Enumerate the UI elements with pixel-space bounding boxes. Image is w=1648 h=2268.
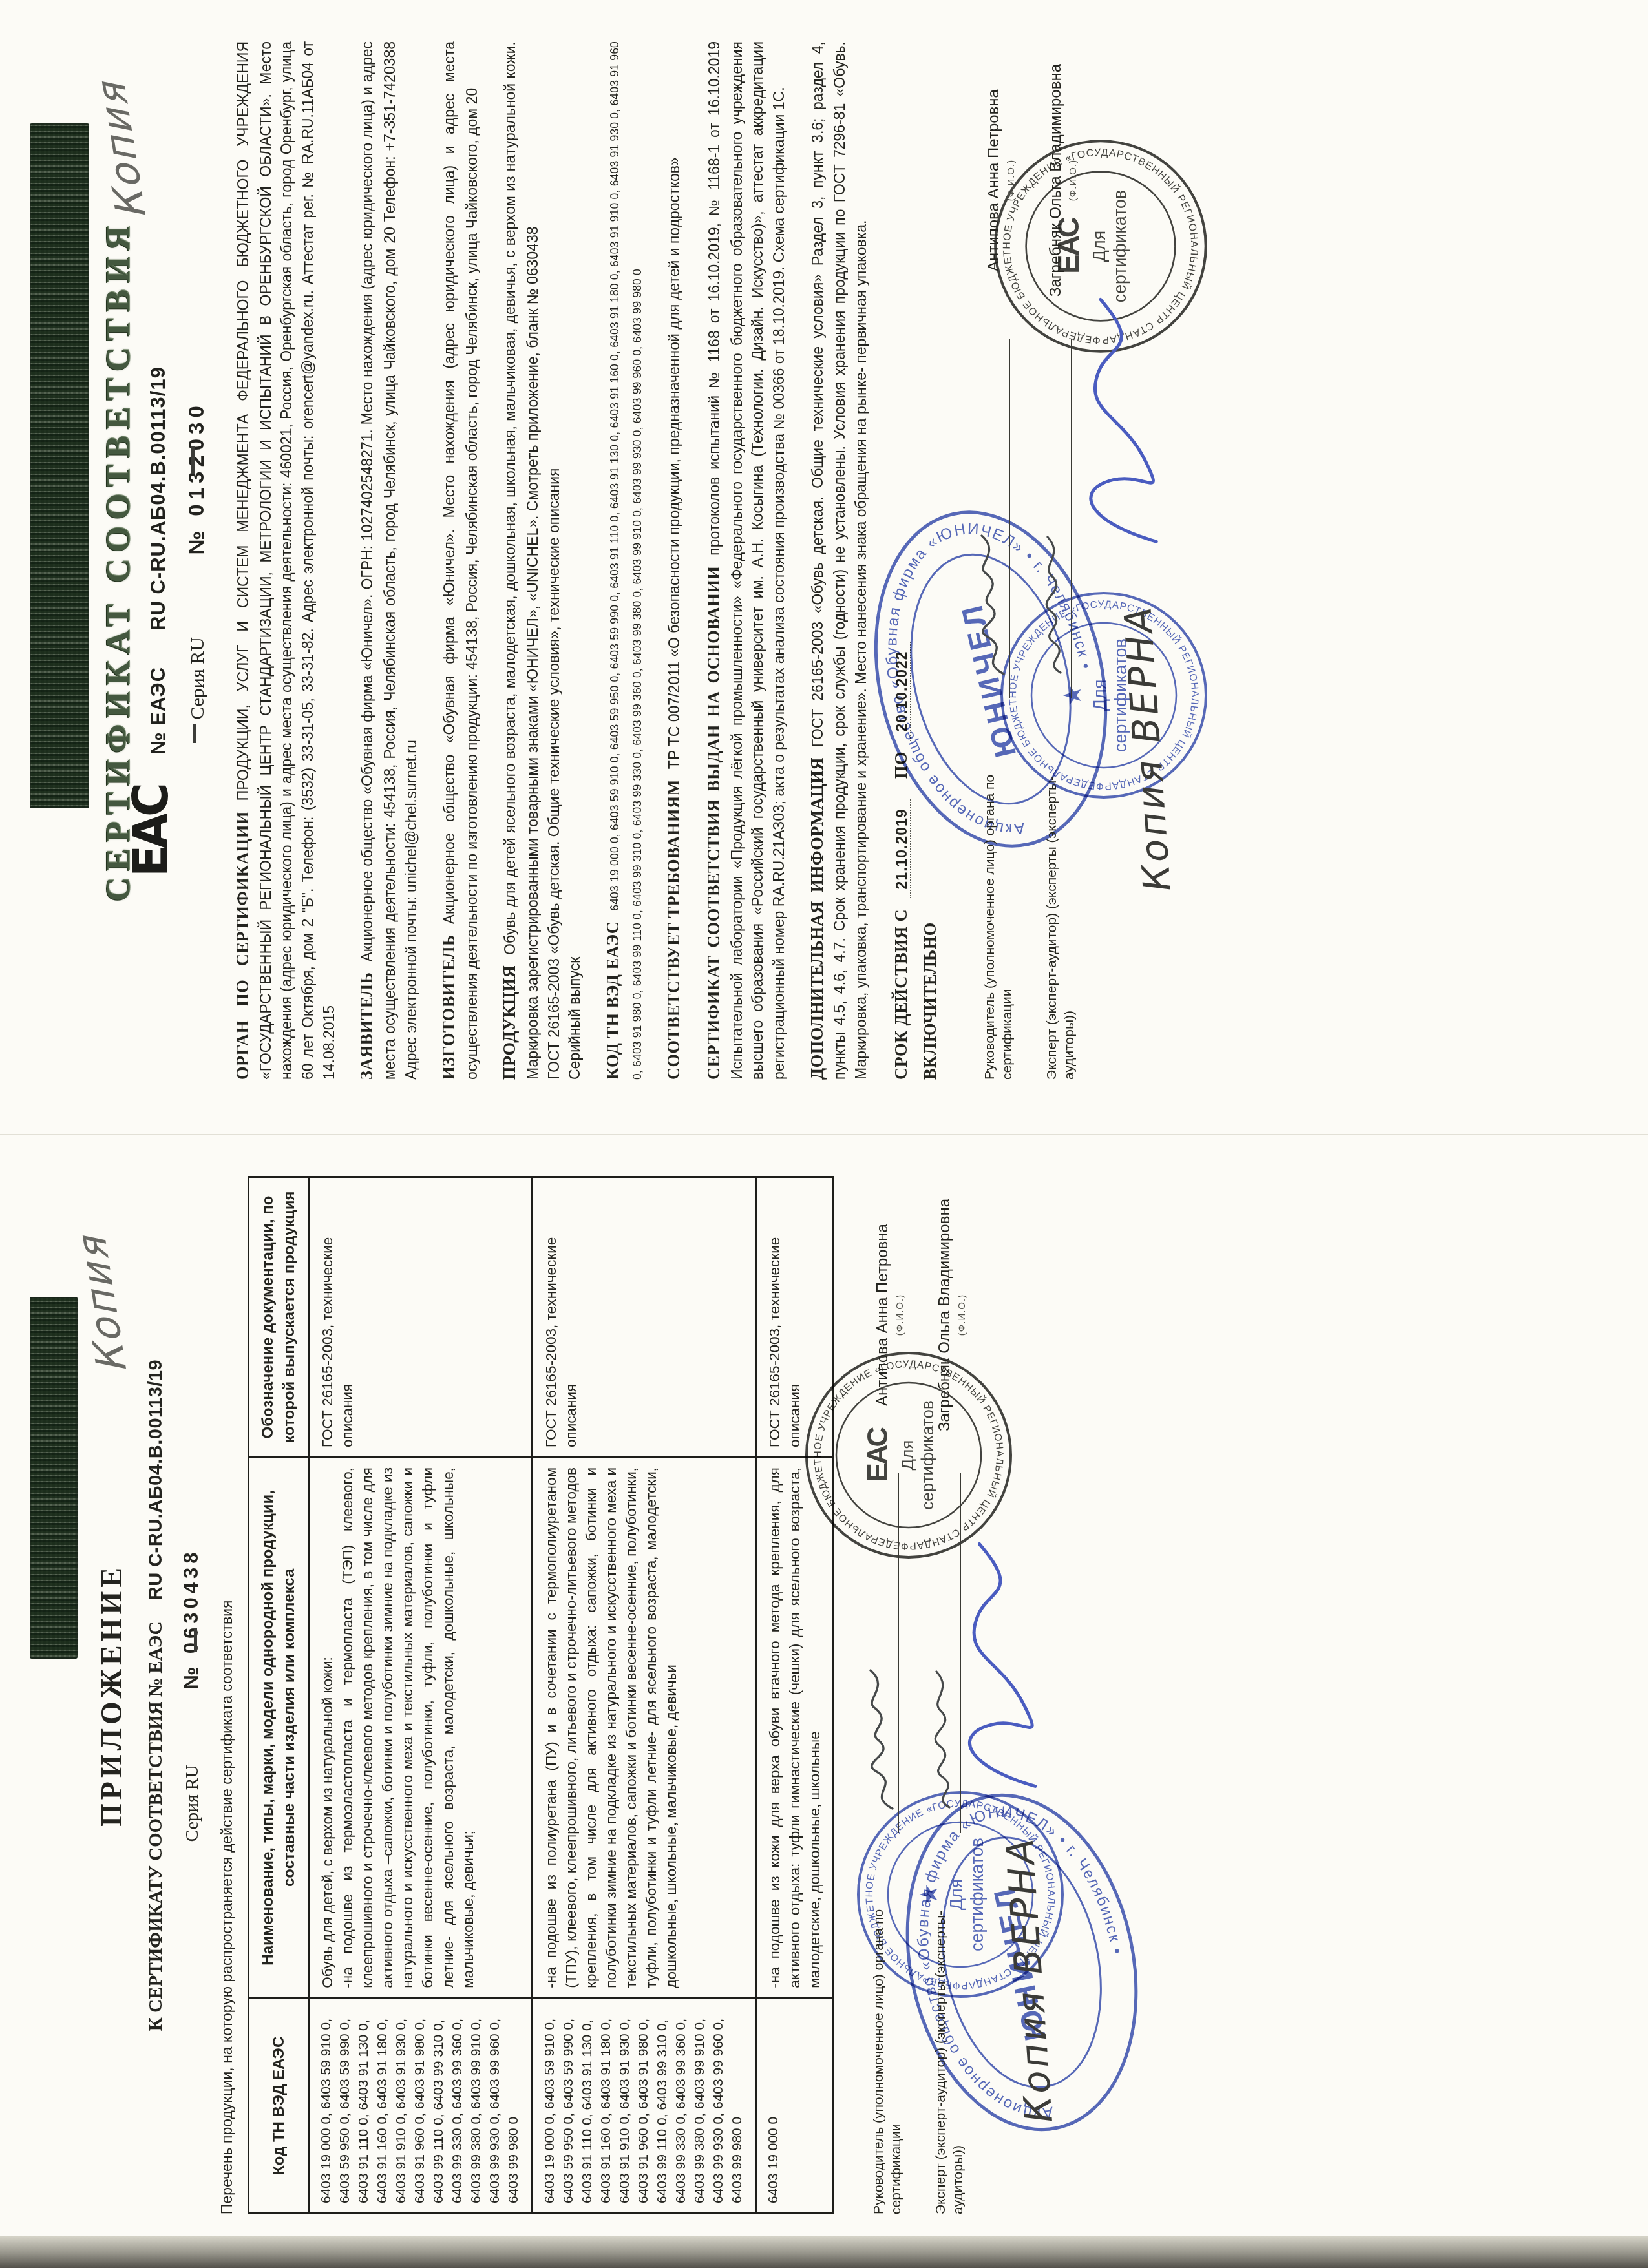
handwritten-flourish-signature [933,1527,1062,1805]
series-line: Серия RU № 0132030 [184,41,209,1080]
block-manufacturer-label: ИЗГОТОВИТЕЛЬ [439,934,458,1080]
block-applicant: ЗАЯВИТЕЛЬАкционерное общество «Обувная ф… [355,41,421,1080]
signature-expert-label: Эксперт (эксперт-аудитор) (эксперты (экс… [1043,718,1079,1080]
signature-scribble-expert [1035,530,1076,679]
block-tnved-code: КОД ТН ВЭД ЕАЭС6403 19 000 0, 6403 59 91… [601,41,646,1080]
scanned-certificate-page: { "scan": { "copy_handwritten": "Копия",… [0,0,1648,2268]
appendix-series-label: Серия RU [182,1765,202,1842]
product-table: Код ТН ВЭД ЕАЭС Наименование, типы, марк… [248,1176,834,2214]
cell-name: Обувь для детей, с верхом из натуральной… [309,1457,533,1998]
signature-row-head: Руководитель (уполномоченное лицо) орган… [860,1176,905,2214]
certificate-sheet: Копия ЕАС СЕРТИФИКАТ СООТВЕТСТВИЯ № ЕАЭС… [0,0,1648,1134]
series-label: Серия RU [187,637,208,720]
block-complies-label: СООТВЕТСТВУЕТ ТРЕБОВАНИЯМ [664,779,683,1080]
certificate-ornate-title: СЕРТИФИКАТ СООТВЕТСТВИЯ [100,41,138,1080]
blank-number: № 0132030 [184,401,209,554]
round-stamp-org-blue: ФЕДЕРАЛЬНОЕ БЮДЖЕТНОЕ УЧРЕЖДЕНИЕ «ГОСУДА… [997,589,1210,802]
signature-scribble-head [861,1665,903,1814]
table-row: 6403 19 000 0, 6403 59 910 0, 6403 59 95… [532,1177,755,2214]
block-applicant-label: ЗАЯВИТЕЛЬ [357,972,376,1080]
block-manufacturer-text: Акционерное общество «Обувная фирма «Юни… [441,41,480,1080]
block-applicant-text: Акционерное общество «Обувная фирма «Юни… [359,41,419,1080]
block-additional-label: ДОПОЛНИТЕЛЬНАЯ ИНФОРМАЦИЯ [807,757,827,1080]
appendix-list-caption: Перечень продукции, на которую распростр… [218,1176,236,2214]
signature-head-label: Руководитель (уполномоченное лицо) орган… [981,718,1017,1080]
block-product-label: ПРОДУКЦИЯ [500,965,519,1080]
guilloche-header-band [30,123,89,808]
block-complies-with: СООТВЕТСТВУЕТ ТРЕБОВАНИЯМТР ТС 007/2011 … [662,41,686,1080]
signature-row-head: Руководитель (уполномоченное лицо) орган… [971,41,1017,1080]
table-header-code: Код ТН ВЭД ЕАЭС [249,1998,309,2213]
fio-caption: (Ф.И.О.) [1006,41,1017,319]
appendix-sheet: Копия ПРИЛОЖЕНИЕ К СЕРТИФИКАТУ СООТВЕТСТ… [0,1134,1648,2268]
validity-from-label: СРОК ДЕЙСТВИЯ С [891,909,911,1080]
table-row: 6403 19 000 0, 6403 59 910 0, 6403 59 95… [309,1177,533,2214]
svg-text:Для: Для [1090,680,1110,711]
certificate-number: RU C-RU.АБ04.В.00113/19 [147,366,169,631]
scanner-edge-shadow [0,2236,1648,2268]
cell-doc: ГОСТ 26165-2003, технические описания [532,1177,755,1458]
cell-code: 6403 19 000 0, 6403 59 910 0, 6403 59 95… [309,1998,533,2213]
block-issued-on-basis: СЕРТИФИКАТ СООТВЕТСТВИЯ ВЫДАН НА ОСНОВАН… [702,41,790,1080]
guilloche-header-band [30,1297,78,1659]
block-certification-body: ОРГАН ПО СЕРТИФИКАЦИИПРОДУКЦИИ, УСЛУГ И … [231,41,339,1080]
appendix-series-line: Серия RU № 0630438 [180,1176,203,2214]
cell-name: -на подошве из полиуретана (ПУ) и в соче… [532,1457,755,1998]
block-complies-text: ТР ТС 007/2011 «О безопасности продукции… [666,157,682,769]
appendix-blank-number: № 0630438 [180,1548,203,1689]
scan-artifact-dash [191,446,195,474]
appendix-subtitle-prefix: К СЕРТИФИКАТУ СООТВЕТСТВИЯ № ЕАЭС [145,1622,166,2032]
signature-head-name: Антипова Анна Петровна (Ф.И.О.) [985,41,1017,319]
scan-artifact-dash [193,724,196,743]
certificate-document: Копия ЕАС СЕРТИФИКАТ СООТВЕТСТВИЯ № ЕАЭС… [0,0,1648,1134]
signature-zone: Руководитель (уполномоченное лицо) орган… [971,41,1079,1080]
handwritten-flourish-signature [1054,282,1183,560]
signature-row-expert: Эксперт (эксперт-аудитор) (эксперты (экс… [1033,41,1079,1080]
certificate-number-prefix: № ЕАЭС [147,667,169,755]
table-header-row: Код ТН ВЭД ЕАЭС Наименование, типы, марк… [249,1177,309,2214]
appendix-document: Копия ПРИЛОЖЕНИЕ К СЕРТИФИКАТУ СООТВЕТСТ… [0,1135,1648,2268]
signature-expert-name: Загребняк Ольга Владимировна (Ф.И.О.) [1047,41,1079,319]
signature-head-label: Руководитель (уполномоченное лицо) орган… [870,1853,905,2214]
block-product: ПРОДУКЦИЯОбувь для детей ясельного возра… [498,41,586,1080]
appendix-subtitle: К СЕРТИФИКАТУ СООТВЕТСТВИЯ № ЕАЭС RU C-R… [145,1176,167,2214]
scan-artifact-dash [194,1628,197,1652]
block-issued-label: СЕРТИФИКАТ СООТВЕТСТВИЯ ВЫДАН НА ОСНОВАН… [704,566,723,1080]
table-row: 6403 19 000 0 -на подошве из кожи для ве… [755,1177,833,2214]
block-manufacturer: ИЗГОТОВИТЕЛЬАкционерное общество «Обувна… [437,41,482,1080]
cell-doc: ГОСТ 26165-2003, технические описания [309,1177,533,1458]
signature-scribble-head [973,530,1014,679]
signature-expert-label: Эксперт (эксперт-аудитор) (эксперты (экс… [932,1853,967,2214]
appendix-cert-ref: RU C-RU.АБ04.В.00113/19 [145,1360,166,1600]
cell-code: 6403 19 000 0 [755,1998,833,2213]
table-header-name: Наименование, типы, марки, модели одноро… [249,1457,309,1998]
signature-head-name: Антипова Анна Петровна (Ф.И.О.) [874,1176,905,1454]
cell-code: 6403 19 000 0, 6403 59 910 0, 6403 59 95… [532,1998,755,2213]
table-header-doc: Обозначение документации, по которой вып… [249,1177,309,1458]
block-tnved-label: КОД ТН ВЭД ЕАЭС [603,921,622,1080]
block-product-text: Обувь для детей ясельного возраста, мало… [502,41,583,1080]
block-certification-body-label: ОРГАН ПО СЕРТИФИКАЦИИ [233,811,252,1080]
